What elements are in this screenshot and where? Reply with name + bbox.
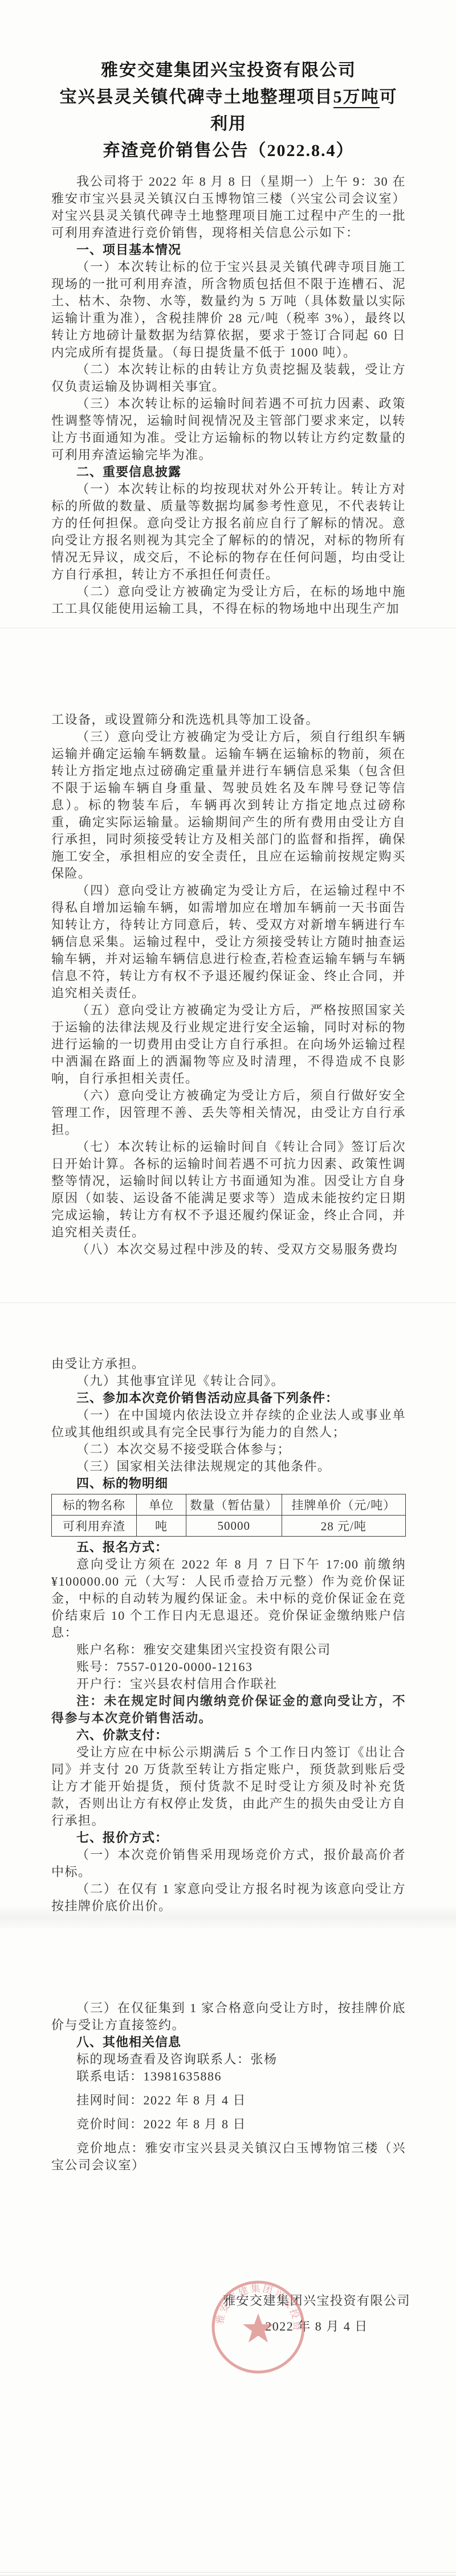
paragraph: （三）本次转让标的运输时间若遇不可抗力因素、政策性调整等情况，运输时间视情况及主… xyxy=(51,395,406,464)
paragraph: （七）本次转让标的运输时间自《转让合同》签订后次日开始计算。各标的运输时间若遇不… xyxy=(51,1138,406,1241)
paragraph: （一）本次转让标的均按现状对外公开转让。转让方对标的所做的数量、质量等数据均属参… xyxy=(51,481,406,583)
paragraph: （九）其他事宜详见《转让合同》。 xyxy=(51,1373,406,1390)
paragraph: （一）本次转让标的位于宝兴县灵关镇代碑寺项目施工现场的一批可利用弃渣，所含物质包… xyxy=(51,259,406,361)
paragraph: （三）意向受让方被确定为受让方后，须自行组织车辆运输并确定运输车辆数量。运输车辆… xyxy=(51,728,406,882)
paragraph: （二）本次转让标的由转让方负责挖掘及装载，受让方仅负责运输及协调相关事宜。 xyxy=(51,361,406,395)
paragraph: 受让方应在中标公示期满后 5 个工作日内签订《出让合同》并支付 20 万货款至转… xyxy=(51,1744,406,1829)
signature-date: 2022 年 8 月 4 日 xyxy=(223,2318,410,2335)
section-heading-5: 五、报名方式： xyxy=(51,1539,406,1556)
scan-bottom-edge xyxy=(0,2572,456,2573)
page-4: （三）在仅征集到 1 家合格意向受让方时，按挂牌价底价与受让方直接签约。 八、其… xyxy=(0,1916,456,2576)
paragraph: （四）意向受让方被确定为受让方后，在运输过程中不得私自增加运输车辆，如需增加应在… xyxy=(51,882,406,1002)
table-cell-price: 28 元/吨 xyxy=(282,1516,405,1537)
section-heading-4: 四、标的物明细 xyxy=(51,1475,406,1492)
title-underlined-quantity: 5万吨 xyxy=(333,88,380,108)
scanned-announcement-document: 雅安交建集团兴宝投资有限公司 宝兴县灵关镇代碑寺土地整理项目5万吨可利用 弃渣竞… xyxy=(0,0,456,2576)
section-heading-8: 八、其他相关信息 xyxy=(51,2034,406,2051)
section-heading-2: 二、重要信息披露 xyxy=(51,464,406,481)
section-heading-7: 七、报价方式： xyxy=(51,1829,406,1846)
signature-company: 雅安交建集团兴宝投资有限公司 xyxy=(223,2292,410,2309)
section-heading-6: 六、价款支付： xyxy=(51,1727,406,1744)
table-header-quantity: 数量（暂估量） xyxy=(186,1494,282,1516)
listing-time-line: 挂网时间：2022 年 8 月 4 日 xyxy=(51,2092,406,2109)
table-cell-unit: 吨 xyxy=(137,1516,186,1537)
paragraph: （三）在仅征集到 1 家合格意向受让方时，按挂牌价底价与受让方直接签约。 xyxy=(51,2000,406,2034)
title-line-company: 雅安交建集团兴宝投资有限公司 xyxy=(51,57,406,84)
paragraph: （二）意向受让方被确定为受让方后，在标的场地中施工工具仅能使用运输工具，不得在标… xyxy=(51,583,406,617)
table-cell-quantity: 50000 xyxy=(186,1516,282,1537)
page-1: 雅安交建集团兴宝投资有限公司 宝兴县灵关镇代碑寺土地整理项目5万吨可利用 弃渣竞… xyxy=(0,0,456,628)
paragraph: （一）在中国境内依法设立并存续的企业法人或事业单位或其他组织或具有完全民事行为能… xyxy=(51,1407,406,1441)
signature-block: 雅安交建集团兴宝投资有限公司 2022 年 8 月 4 日 xyxy=(223,2292,410,2335)
section-heading-1: 一、项目基本情况 xyxy=(51,241,406,259)
paragraph: （八）本次交易过程中涉及的转、受双方交易服务费均 xyxy=(51,1241,406,1258)
paragraph: （六）意向受让方被确定为受让方后，须自行做好安全管理工作，因管理不善、丢失等相关… xyxy=(51,1087,406,1138)
paragraph: （三）国家相关法律法规规定的其他条件。 xyxy=(51,1458,406,1475)
phone-line: 联系电话：13981635886 xyxy=(51,2068,406,2085)
document-title: 雅安交建集团兴宝投资有限公司 宝兴县灵关镇代碑寺土地整理项目5万吨可利用 弃渣竞… xyxy=(51,57,406,164)
intro-paragraph: 我公司将于 2022 年 8 月 8 日（星期一）上午 9：30 在雅安市宝兴县… xyxy=(51,173,406,241)
table-cell-name: 可利用弃渣 xyxy=(52,1516,137,1537)
paragraph: （一）本次竞价销售采用现场竞价方式，报价最高价者中标。 xyxy=(51,1846,406,1881)
table-header-row: 标的物名称 单位 数量（暂估量） 挂牌单价（元/吨） xyxy=(52,1494,406,1516)
account-number-line: 账号：7557-0120-0000-12163 xyxy=(51,1658,406,1676)
bidding-place-line: 竞价地点：雅安市宝兴县灵关镇汉白玉博物馆三楼（兴宝公司会议室） xyxy=(51,2140,406,2174)
table-header-price: 挂牌单价（元/吨） xyxy=(282,1494,405,1516)
bidding-time-line: 竞价时间：2022 年 8 月 8 日 xyxy=(51,2116,406,2133)
table-row: 可利用弃渣 吨 50000 28 元/吨 xyxy=(52,1516,406,1537)
title-line-project: 宝兴县灵关镇代碑寺土地整理项目5万吨可利用 xyxy=(51,84,406,137)
continuation-paragraph: 工设备，或设置筛分和洗选机具等加工设备。 xyxy=(51,711,406,728)
bank-line: 开户行：宝兴县农村信用合作联社 xyxy=(51,1676,406,1693)
table-header-unit: 单位 xyxy=(137,1494,186,1516)
page-3: 由受让方承担。 （九）其他事宜详见《转让合同》。 三、参加本次竞价销售活动应具备… xyxy=(0,1303,456,1916)
page-2: 工设备，或设置筛分和洗选机具等加工设备。 （三）意向受让方被确定为受让方后，须自… xyxy=(0,628,456,1303)
section-heading-3: 三、参加本次竞价销售活动应具备下列条件： xyxy=(51,1390,406,1407)
account-name-line: 账户名称：雅安交建集团兴宝投资有限公司 xyxy=(51,1641,406,1658)
contact-line: 标的现场查看及咨询联系人：张杨 xyxy=(51,2051,406,2068)
paragraph: （五）意向受让方被确定为受让方后，严格按照国家关于运输的法律法规及行业规定进行安… xyxy=(51,1002,406,1087)
table-header-name: 标的物名称 xyxy=(52,1494,137,1516)
paragraph: 意向受让方须在 2022 年 8 月 7 日下午 17:00 前缴纳 ¥1000… xyxy=(51,1556,406,1641)
title-line-notice: 弃渣竞价销售公告（2022.8.4） xyxy=(51,137,406,164)
paragraph: （二）本次交易不接受联合体参与； xyxy=(51,1441,406,1458)
note-paragraph: 注：未在规定时间内缴纳竞价保证金的意向受让方，不得参与本次竞价销售活动。 xyxy=(51,1693,406,1727)
subject-matter-table: 标的物名称 单位 数量（暂估量） 挂牌单价（元/吨） 可利用弃渣 吨 50000… xyxy=(51,1494,406,1537)
continuation-paragraph: 由受让方承担。 xyxy=(51,1355,406,1373)
